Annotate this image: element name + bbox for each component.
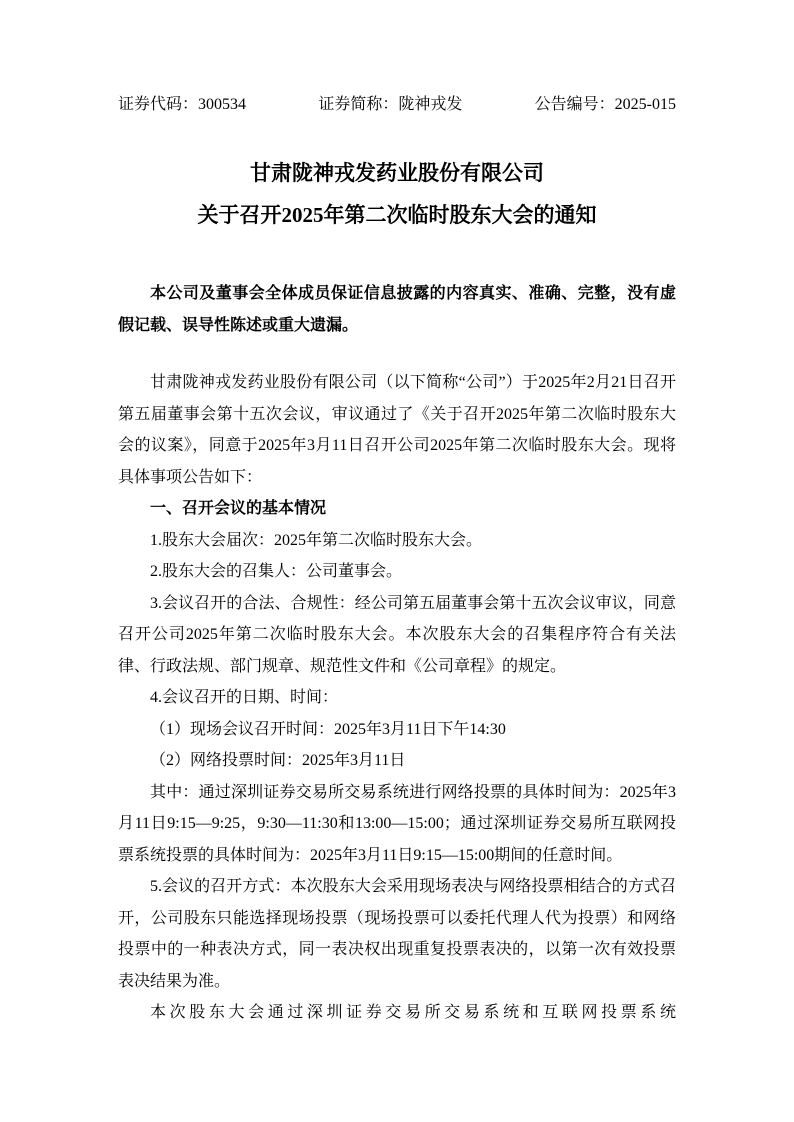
document-body: 甘肃陇神戎发药业股份有限公司（以下简称“公司”）于2025年2月21日召开第五届… (118, 367, 676, 1029)
body-paragraph-online-vote-date: （2）网络投票时间：2025年3月11日 (118, 745, 676, 777)
section-1-heading: 一、召开会议的基本情况 (118, 493, 676, 525)
document-page: 证券代码：300534 证券简称：陇神戎发 公告编号：2025-015 甘肃陇神… (0, 0, 794, 1122)
body-paragraph-online-vote-detail: 其中：通过深圳证券交易所交易系统进行网络投票的具体时间为：2025年3月11日9… (118, 777, 676, 872)
announcement-number: 公告编号：2025-015 (535, 95, 676, 115)
intro-paragraph: 甘肃陇神戎发药业股份有限公司（以下简称“公司”）于2025年2月21日召开第五届… (118, 367, 676, 493)
document-header: 证券代码：300534 证券简称：陇神戎发 公告编号：2025-015 (118, 95, 676, 115)
body-paragraph-meeting-session: 1.股东大会届次：2025年第二次临时股东大会。 (118, 525, 676, 557)
document-title-line2: 关于召开2025年第二次临时股东大会的通知 (118, 200, 676, 230)
body-paragraph-meeting-method: 5.会议的召开方式：本次股东大会采用现场表决与网络投票相结合的方式召开，公司股东… (118, 871, 676, 997)
stock-short-name: 证券简称：陇神戎发 (318, 95, 462, 115)
disclaimer-statement: 本公司及董事会全体成员保证信息披露的内容真实、准确、完整，没有虚假记载、误导性陈… (118, 278, 676, 341)
body-paragraph-legality: 3.会议召开的合法、合规性：经公司第五届董事会第十五次会议审议，同意召开公司20… (118, 588, 676, 683)
body-paragraph-onsite-time: （1）现场会议召开时间：2025年3月11日下午14:30 (118, 714, 676, 746)
body-paragraph-continued-line: 本次股东大会通过深圳证券交易所交易系统和互联网投票系统 (118, 997, 676, 1029)
document-title-line1: 甘肃陇神戎发药业股份有限公司 (118, 158, 676, 188)
stock-code: 证券代码：300534 (118, 95, 246, 115)
body-paragraph-convener: 2.股东大会的召集人：公司董事会。 (118, 556, 676, 588)
body-paragraph-date-time: 4.会议召开的日期、时间： (118, 682, 676, 714)
